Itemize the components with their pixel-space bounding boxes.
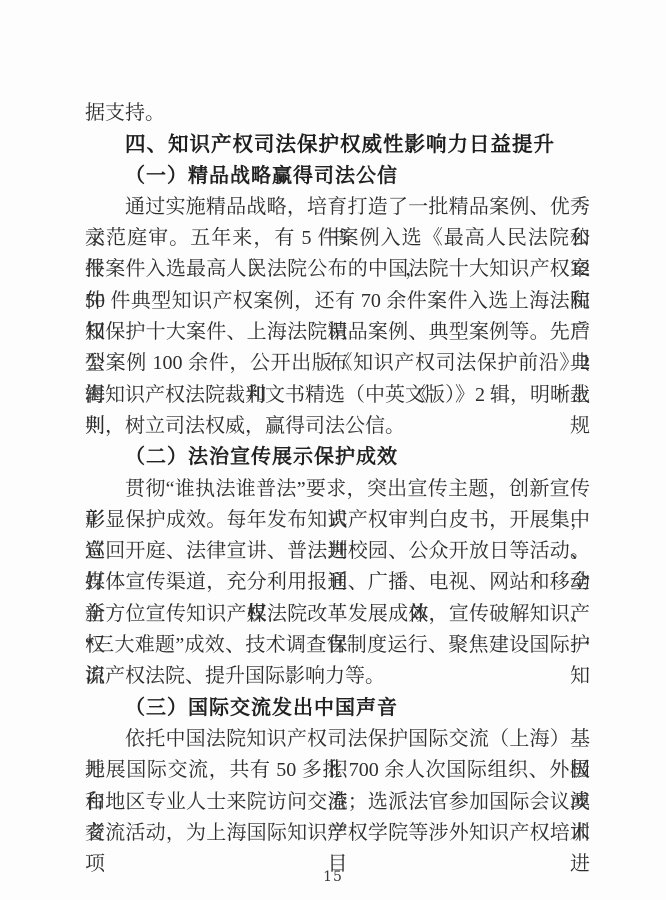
document-line: 示范庭审。五年来，有 5 件案例入选《最高人民法院公报》，12 [85,223,590,254]
document-line: 贯彻“谁执法谁普法”要求，突出宣传主题，创新宣传形式， [85,474,590,505]
document-line: （二）法治宣传展示保护成效 [85,442,590,473]
document-line: 台地区专业人士来院访问交流；选派法官参加国际会议或者学术 [85,787,590,818]
document-line: 四、知识产权司法保护权威性影响力日益提升 [85,129,590,160]
document-line: 依托中国法院知识产权司法保护国际交流（上海）基地积极 [85,724,590,755]
document-lines: 据支持。四、知识产权司法保护权威性影响力日益提升（一）精品战略赢得司法公信通过实… [85,98,590,849]
document-line: 开展国际交流，共有 50 多批 700 余人次国际组织、外国和港澳 [85,755,590,786]
document-line: 据支持。 [85,98,590,129]
document-text-block: 据支持。四、知识产权司法保护权威性影响力日益提升（一）精品战略赢得司法公信通过实… [85,98,590,849]
page-footer: 15 [0,868,666,886]
document-line: 50 件典型知识产权案例，还有 70 余件案件入选上海法院知识产 [85,286,590,317]
document-line: 交流活动，为上海国际知识产权学院等涉外知识产权培训项目进 [85,818,590,849]
document-line: 全方位宣传知识产权法院改革发展成效，宣传破解知识产权保护 [85,599,590,630]
document-line: 海知识产权法院裁判文书精选（中英文版）》2 辑，明晰裁判规 [85,380,590,411]
document-line: 权保护十大案件、上海法院精品案例、典型案例等。先后公布典 [85,317,590,348]
document-line: 型案例 100 余件，公开出版《知识产权司法保护前沿》2 辑和《上 [85,348,590,379]
document-page: 据支持。四、知识产权司法保护权威性影响力日益提升（一）精品战略赢得司法公信通过实… [0,0,666,900]
document-line: 件案件入选最高人民法院公布的中国法院十大知识产权案件和 [85,254,590,285]
document-line: 巡回开庭、法律宣讲、普法进校园、公众开放日等活动。打通全 [85,536,590,567]
document-line: （三）国际交流发出中国声音 [85,693,590,724]
page-number: 15 [323,869,343,885]
document-line: 彰显保护成效。每年发布知识产权审判白皮书，开展集中宣判、 [85,505,590,536]
document-line: （一）精品战略赢得司法公信 [85,161,590,192]
document-line: “三大难题”成效、技术调查官制度运行、聚焦建设国际一流知 [85,630,590,661]
document-line: 媒体宣传渠道，充分利用报刊、广播、电视、网站和移动新媒体、 [85,567,590,598]
document-line: 通过实施精品战略，培育打造了一批精品案例、优秀文书和 [85,192,590,223]
